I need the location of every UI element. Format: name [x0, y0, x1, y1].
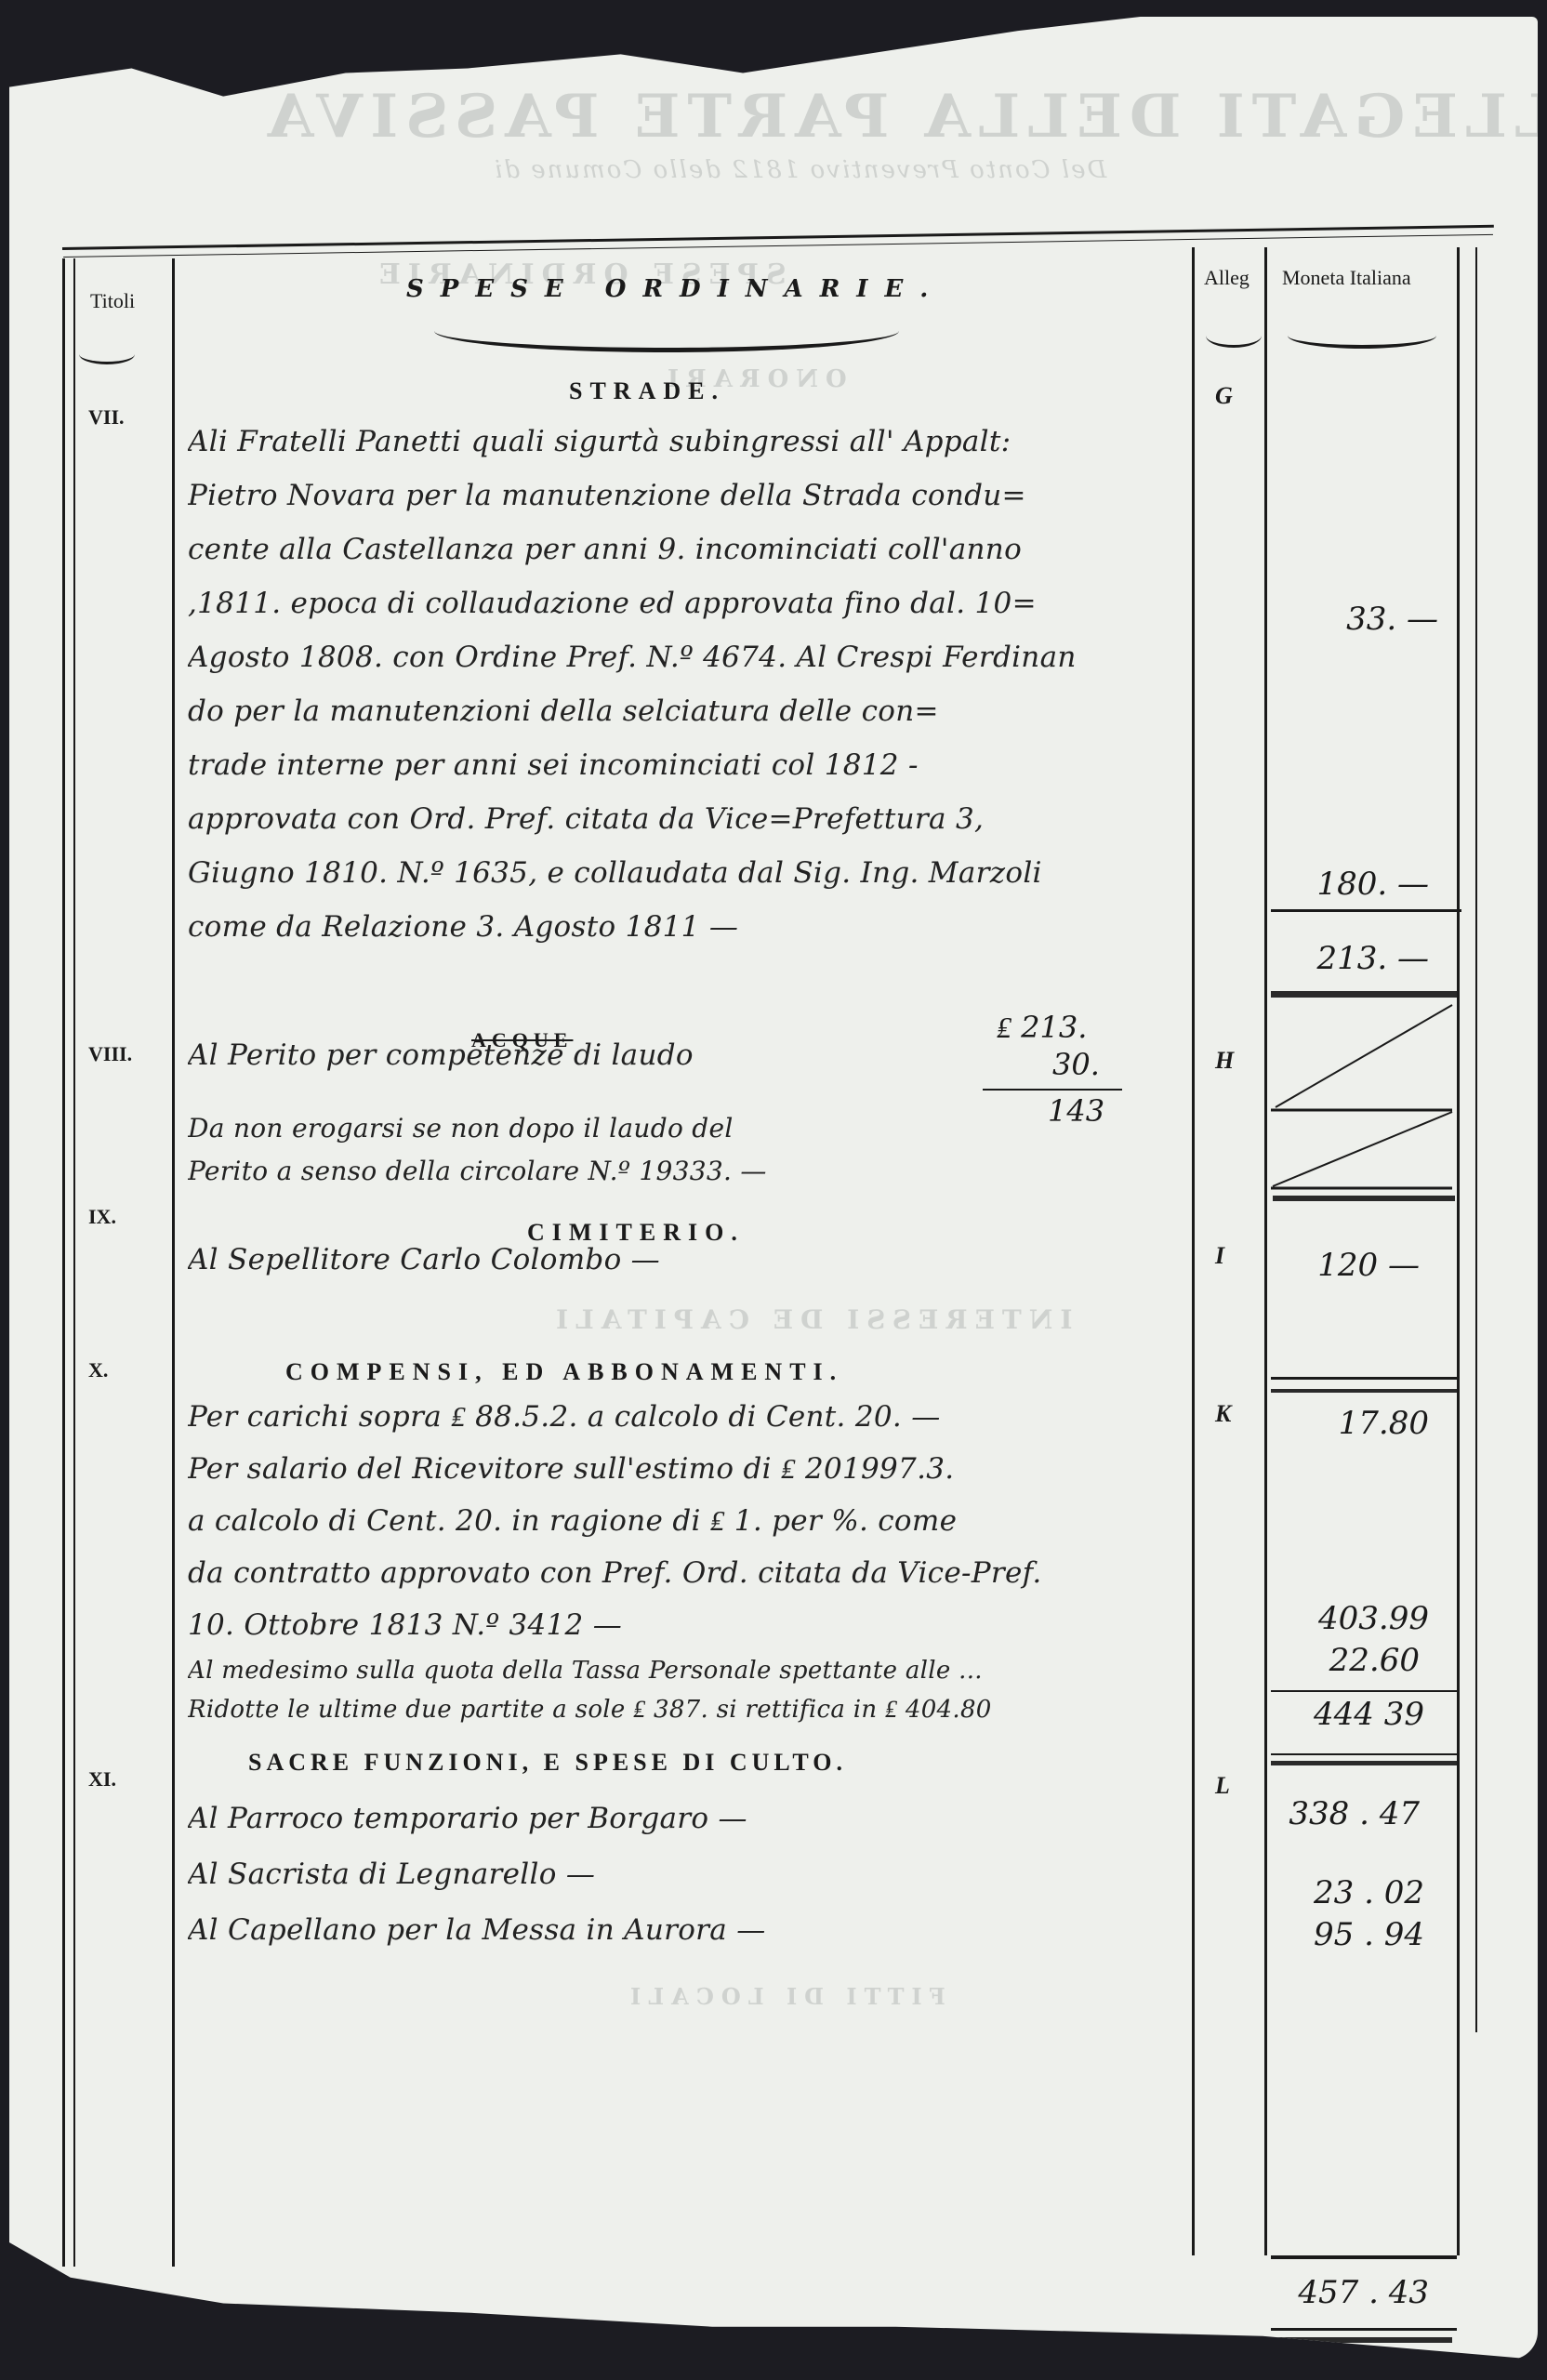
- amount: 22.60: [1271, 1642, 1420, 1679]
- amount: 33. —: [1289, 601, 1438, 638]
- entry-line: a calcolo di Cent. 20. in ragione di ₤ 1…: [188, 1495, 1192, 1547]
- entry-line: da contratto approvato con Pref. Ord. ci…: [188, 1547, 1192, 1599]
- amount: 120 —: [1271, 1247, 1420, 1284]
- ledger-page: ALLEGATI DELLA PARTE PASSIVA Del Conto P…: [9, 17, 1538, 2360]
- entry-line: Al Sacrista di Legnarello —: [188, 1846, 1192, 1902]
- entry-line: come da Relazione 3. Agosto 1811 —: [188, 900, 1192, 954]
- entry-line: Per carichi sopra ₤ 88.5.2. a calcolo di…: [188, 1391, 1192, 1443]
- column-rule: [73, 258, 75, 2267]
- column-header-titoli: Titoli: [90, 289, 135, 313]
- section-total: 213. —: [1280, 940, 1429, 977]
- top-double-rule: [62, 225, 1494, 250]
- grand-total-rule: [1271, 2328, 1457, 2331]
- amount: 95 . 94: [1276, 1916, 1424, 1953]
- amount: 17.80: [1280, 1405, 1429, 1442]
- column-rule: [1475, 247, 1477, 2032]
- entry-line: Al Sepellitore Carlo Colombo —: [188, 1233, 1192, 1287]
- alleg-letter: G: [1215, 382, 1233, 410]
- entry-text-compensi-2: Al medesimo sulla quota della Tassa Pers…: [188, 1651, 1192, 1729]
- entry-text-sacre-funzioni: Al Parroco temporario per Borgaro — Al S…: [188, 1791, 1192, 1958]
- calc-subtrahend: 30.: [1052, 1047, 1100, 1082]
- entry-line: Al medesimo sulla quota della Tassa Pers…: [188, 1651, 1192, 1690]
- sum-rule: [1271, 1690, 1457, 1692]
- section-end-rule: [1271, 1753, 1457, 1755]
- entry-line: Perito a senso della circolare N.º 19333…: [188, 1150, 1192, 1193]
- section-end-rule: [1271, 991, 1457, 998]
- bleed-through-subtitle: Del Conto Preventivo 1812 dello Comune d…: [493, 156, 1106, 184]
- column-header-spese-ordinarie: SPESE ORDINARIE.: [406, 275, 945, 303]
- entry-line: do per la manutenzioni della selciatura …: [188, 684, 1192, 738]
- calc-result: 143: [1048, 1093, 1104, 1129]
- entry-text-cimiterio: Al Sepellitore Carlo Colombo —: [188, 1233, 1192, 1287]
- section-heading-compensi: COMPENSI, ED ABBONAMENTI.: [285, 1358, 843, 1386]
- entry-text-compensi: Per carichi sopra ₤ 88.5.2. a calcolo di…: [188, 1391, 1192, 1651]
- amount: 403.99: [1280, 1600, 1429, 1637]
- column-rule: [1192, 247, 1195, 2255]
- column-rule: [172, 258, 175, 2267]
- entry-line: Ali Fratelli Panetti quali sigurtà subin…: [188, 415, 1192, 469]
- entry-line: Agosto 1808. con Ordine Pref. N.º 4674. …: [188, 630, 1192, 684]
- entry-line: ,1811. epoca di collaudazione ed approva…: [188, 576, 1192, 630]
- entry-line: trade interne per anni sei incominciati …: [188, 738, 1192, 792]
- entry-line: Per salario del Ricevitore sull'estimo d…: [188, 1443, 1192, 1495]
- entry-line: Al Parroco temporario per Borgaro —: [188, 1791, 1192, 1846]
- brace-ornament: [1288, 336, 1436, 349]
- section-rule: [1271, 1377, 1457, 1380]
- cancel-zigzag-icon: [1271, 1000, 1457, 1223]
- section-number: VII.: [88, 405, 125, 430]
- sum-rule: [1271, 909, 1461, 912]
- column-rule: [1457, 247, 1460, 2255]
- section-end-rule: [1271, 1761, 1457, 1765]
- section-number: X.: [88, 1358, 108, 1382]
- section-heading-sacre-funzioni: SACRE FUNZIONI, E SPESE DI CULTO.: [248, 1749, 847, 1777]
- amount: 338 . 47: [1271, 1795, 1420, 1832]
- entry-line: Al Capellano per la Messa in Aurora —: [188, 1902, 1192, 1958]
- alleg-letter: L: [1215, 1772, 1230, 1800]
- entry-line: Da non erogarsi se non dopo il laudo del: [188, 1107, 1192, 1150]
- entry-note: Da non erogarsi se non dopo il laudo del…: [188, 1107, 1192, 1193]
- entry-line: Pietro Novara per la manutenzione della …: [188, 469, 1192, 522]
- calc-minuend: ₤ 213.: [997, 1010, 1087, 1045]
- column-header-alleg: Alleg: [1204, 266, 1249, 290]
- grand-total-rule: [1271, 2337, 1452, 2343]
- brace-ornament: [434, 331, 899, 352]
- section-number: XI.: [88, 1767, 116, 1792]
- brace-ornament: [1206, 336, 1262, 348]
- section-rule: [1271, 1389, 1457, 1393]
- entry-line: approvata con Ord. Pref. citata da Vice=…: [188, 792, 1192, 846]
- grand-total-rule: [1271, 2255, 1457, 2259]
- ledger-table: Titoli SPESE ORDINARIE. Alleg Moneta Ita…: [62, 247, 1494, 2283]
- column-rule: [62, 258, 65, 2267]
- alleg-letter: K: [1215, 1400, 1231, 1428]
- entry-line: Ridotte le ultime due partite a sole ₤ 3…: [188, 1690, 1192, 1729]
- grand-total: 457 . 43: [1280, 2274, 1429, 2311]
- section-heading-strade: STRADE.: [569, 377, 725, 405]
- section-number: VIII.: [88, 1042, 132, 1066]
- amount: 23 . 02: [1276, 1874, 1424, 1911]
- entry-line: cente alla Castellanza per anni 9. incom…: [188, 522, 1192, 576]
- alleg-letter: I: [1215, 1242, 1224, 1270]
- alleg-letter: H: [1215, 1047, 1234, 1075]
- column-header-moneta-italiana: Moneta Italiana: [1282, 266, 1411, 290]
- column-rule: [1264, 247, 1267, 2255]
- entry-line: 10. Ottobre 1813 N.º 3412 —: [188, 1599, 1192, 1651]
- bleed-through-title: ALLEGATI DELLA PARTE PASSIVA: [260, 82, 1547, 152]
- amount: 180. —: [1280, 866, 1429, 903]
- calc-rule: [983, 1089, 1122, 1091]
- brace-ornament: [79, 354, 135, 364]
- entry-line: Giugno 1810. N.º 1635, e collaudata dal …: [188, 846, 1192, 900]
- section-total: 444 39: [1276, 1696, 1424, 1733]
- entry-text-strade: Ali Fratelli Panetti quali sigurtà subin…: [188, 415, 1192, 954]
- section-number: IX.: [88, 1205, 116, 1229]
